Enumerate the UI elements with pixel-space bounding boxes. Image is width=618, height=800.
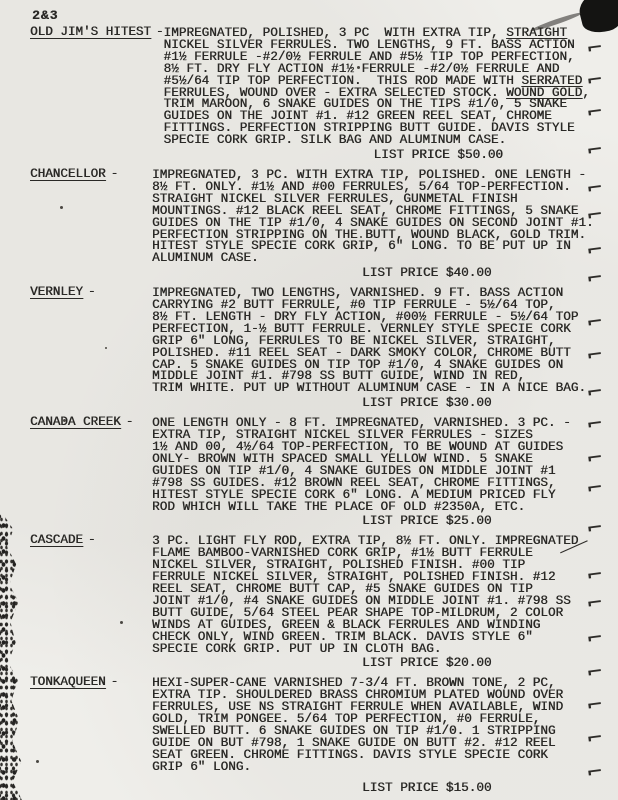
list-price: LIST PRICE $20.00 — [362, 657, 612, 669]
model-name-label: CASCADE — [30, 533, 83, 547]
model-description: IMPREGNATED, POLISHED, 3 PC WITH EXTRA T… — [163, 27, 612, 163]
model-description: IMPREGNATED, TWO LENGTHS, VARNISHED. 9 F… — [152, 287, 612, 411]
model-name-dash: - — [111, 167, 119, 181]
description-line: SPECIE CORK GRIP. SILK BAG AND ALUMINUM … — [163, 134, 612, 146]
model-description: HEXI-SUPER-CANE VARNISHED 7-3/4 FT. BROW… — [152, 677, 612, 795]
catalog-entry: CASCADE-3 PC. LIGHT FLY ROD, EXTRA TIP, … — [30, 535, 612, 671]
list-price: LIST PRICE $50.00 — [373, 149, 612, 161]
model-name: TONKAQUEEN- — [30, 677, 152, 689]
catalog-entry: CHANCELLOR-IMPREGNATED, 3 PC. WITH EXTRA… — [30, 169, 612, 281]
model-name-dash: - — [88, 285, 96, 299]
scan-speck-artifact — [63, 419, 66, 422]
scanned-catalog-page: 2&3 OLD JIM'S HITEST-IMPREGNATED, POLISH… — [0, 0, 618, 800]
list-price: LIST PRICE $15.00 — [362, 782, 612, 794]
model-name-dash: - — [126, 415, 134, 429]
description-line: SPECIE CORK GRIP. PUT UP IN CLOTH BAG. — [152, 643, 612, 655]
catalog-entry: OLD JIM'S HITEST-IMPREGNATED, POLISHED, … — [30, 27, 612, 163]
description-line: TRIM WHITE. PUT UP WITHOUT ALUMINUM CASE… — [152, 382, 612, 394]
model-description: ONE LENGTH ONLY - 8 FT. IMPREGNATED, VAR… — [152, 417, 612, 529]
model-name-dash: - — [156, 25, 164, 39]
model-name: CHANCELLOR- — [30, 169, 152, 181]
entries: OLD JIM'S HITEST-IMPREGNATED, POLISHED, … — [30, 27, 612, 795]
model-name-label: CHANCELLOR — [30, 167, 106, 181]
scan-speck-artifact — [105, 347, 107, 349]
model-name: OLD JIM'S HITEST- — [30, 27, 163, 39]
model-name-dash: - — [88, 533, 96, 547]
model-name-label: OLD JIM'S HITEST — [30, 25, 151, 39]
page-number: 2&3 — [32, 8, 612, 23]
description-line: ROD WHICH WILL TAKE THE PLACE OF OLD #23… — [152, 501, 612, 513]
model-name: VERNLEY- — [30, 287, 152, 299]
scan-speck-artifact — [36, 760, 39, 763]
model-name-label: TONKAQUEEN — [30, 675, 106, 689]
model-name-dash: - — [111, 675, 119, 689]
catalog-entry: VERNLEY-IMPREGNATED, TWO LENGTHS, VARNIS… — [30, 287, 612, 411]
scan-speck-artifact — [357, 66, 360, 69]
catalog-entry: CANADA CREEK-ONE LENGTH ONLY - 8 FT. IMP… — [30, 417, 612, 529]
catalog-entry: TONKAQUEEN-HEXI-SUPER-CANE VARNISHED 7-3… — [30, 677, 612, 795]
description-line: ALUMINUM CASE. — [152, 252, 612, 264]
scan-speck-artifact — [120, 621, 123, 624]
model-name-label: CANADA CREEK — [30, 415, 121, 429]
list-price: LIST PRICE $40.00 — [362, 267, 612, 279]
scan-speck-artifact — [360, 236, 362, 238]
scan-speck-artifact — [343, 539, 345, 541]
list-price: LIST PRICE $25.00 — [362, 515, 612, 527]
page-content: 2&3 OLD JIM'S HITEST-IMPREGNATED, POLISH… — [0, 0, 618, 795]
list-price: LIST PRICE $30.00 — [362, 397, 612, 409]
description-line: GRIP 6" LONG. — [152, 761, 612, 773]
model-name: CANADA CREEK- — [30, 417, 152, 429]
model-name-label: VERNLEY — [30, 285, 83, 299]
scan-speck-artifact — [60, 206, 63, 209]
model-description: 3 PC. LIGHT FLY ROD, EXTRA TIP, 8½ FT. O… — [152, 535, 612, 671]
model-name: CASCADE- — [30, 535, 152, 547]
model-description: IMPREGNATED, 3 PC. WITH EXTRA TIP, POLIS… — [152, 169, 612, 281]
